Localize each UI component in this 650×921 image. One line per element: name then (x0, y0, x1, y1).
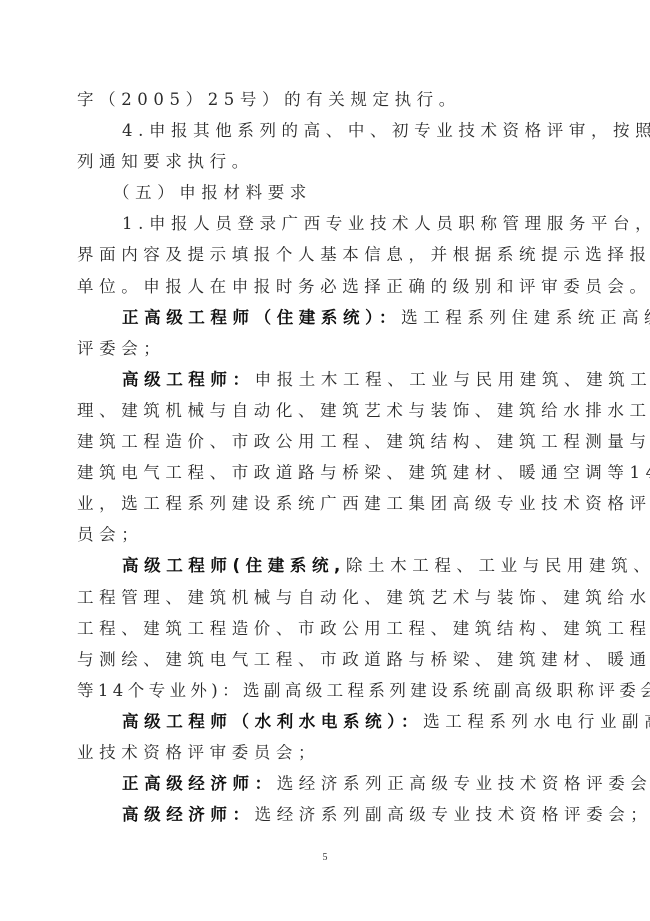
line-text: 员会； (77, 525, 143, 544)
paragraph-line: 高级经济师：选经济系列副高级专业技术资格评委会； (77, 799, 577, 830)
paragraph-line: 工程管理、建筑机械与自动化、建筑艺术与装饰、建筑给水排水 (77, 582, 577, 613)
paragraph-line: 建筑电气工程、市政道路与桥梁、建筑建材、暖通空调等14个专 (77, 457, 577, 488)
paragraph-line: 高级工程师（水利水电系统）：选工程系列水电行业副高级专 (77, 706, 577, 737)
paragraph-line: 业，选工程系列建设系统广西建工集团高级专业技术资格评审委 (77, 488, 577, 519)
document-page: 字（2005）25号）的有关规定执行。 4.申报其他系列的高、中、初专业技术资格… (77, 84, 577, 830)
line-text: 除土木工程、工业与民用建筑、建筑 (346, 556, 650, 575)
line-text: 工程、建筑工程造价、市政公用工程、建筑结构、建筑工程测量 (77, 619, 650, 638)
paragraph-line: 理、建筑机械与自动化、建筑艺术与装饰、建筑给水排水工程、 (77, 395, 577, 426)
paragraph-line: 业技术资格评审委员会； (77, 737, 577, 768)
paragraph-line: 4.申报其他系列的高、中、初专业技术资格评审，按照各系 (77, 115, 577, 146)
line-text: 建筑工程造价、市政公用工程、建筑结构、建筑工程测量与测绘、 (77, 432, 650, 451)
paragraph-line: 建筑工程造价、市政公用工程、建筑结构、建筑工程测量与测绘、 (77, 426, 577, 457)
line-text: 1.申报人员登录广西专业技术人员职称管理服务平台，根据 (122, 214, 650, 233)
bold-term: 高级工程师（水利水电系统）： (122, 712, 423, 731)
bold-term: 高级工程师： (122, 370, 255, 389)
bold-term: 高级经济师： (122, 805, 255, 824)
paragraph-line: 工程、建筑工程造价、市政公用工程、建筑结构、建筑工程测量 (77, 613, 577, 644)
paragraph-line: 字（2005）25号）的有关规定执行。 (77, 84, 577, 115)
paragraph-line: 与测绘、建筑电气工程、市政道路与桥梁、建筑建材、暖通空调 (77, 644, 577, 675)
line-text: 工程管理、建筑机械与自动化、建筑艺术与装饰、建筑给水排水 (77, 588, 650, 607)
paragraph-line: 1.申报人员登录广西专业技术人员职称管理服务平台，根据 (77, 208, 577, 239)
line-text: 业技术资格评审委员会； (77, 743, 320, 762)
page-number: 5 (0, 852, 650, 863)
paragraph-line: 界面内容及提示填报个人基本信息，并根据系统提示选择报送本 (77, 239, 577, 270)
line-text: 与测绘、建筑电气工程、市政道路与桥梁、建筑建材、暖通空调 (77, 650, 650, 669)
line-text: 界面内容及提示填报个人基本信息，并根据系统提示选择报送本 (77, 245, 650, 264)
paragraph-line: 正高级经济师：选经济系列正高级专业技术资格评委会； (77, 768, 577, 799)
line-text: 评委会； (77, 339, 165, 358)
line-text: 选工程系列住建系统正高级职称 (401, 308, 650, 327)
line-text: 字（2005）25号）的有关规定执行。 (77, 90, 461, 109)
bold-term: 高级工程师(住建系统, (122, 556, 346, 575)
line-text: 建筑电气工程、市政道路与桥梁、建筑建材、暖通空调等14个专 (77, 463, 650, 482)
bold-term: 正高级工程师（住建系统）： (122, 308, 401, 327)
section-heading-text: （五）申报材料要求 (113, 183, 312, 202)
line-text: 选经济系列副高级专业技术资格评委会； (255, 805, 650, 824)
paragraph-line: 等14个专业外)：选副高级工程系列建设系统副高级职称评委会； (77, 675, 577, 706)
paragraph-line: 高级工程师：申报土木工程、工业与民用建筑、建筑工程管 (77, 364, 577, 395)
line-text: 列通知要求执行。 (77, 152, 254, 171)
line-text: 4.申报其他系列的高、中、初专业技术资格评审，按照各系 (122, 121, 650, 140)
paragraph-line: 高级工程师(住建系统,除土木工程、工业与民用建筑、建筑 (77, 550, 577, 581)
section-heading: （五）申报材料要求 (77, 177, 577, 208)
paragraph-line: 列通知要求执行。 (77, 146, 577, 177)
line-text: 单位。申报人在申报时务必选择正确的级别和评审委员会。 (77, 277, 650, 296)
paragraph-line: 评委会； (77, 333, 577, 364)
line-text: 选经济系列正高级专业技术资格评委会； (277, 774, 650, 793)
bold-term: 正高级经济师： (122, 774, 277, 793)
line-text: 等14个专业外)：选副高级工程系列建设系统副高级职称评委会； (77, 681, 650, 700)
paragraph-line: 单位。申报人在申报时务必选择正确的级别和评审委员会。 (77, 271, 577, 302)
line-text: 申报土木工程、工业与民用建筑、建筑工程管 (255, 370, 650, 389)
line-text: 选工程系列水电行业副高级专 (423, 712, 650, 731)
line-text: 业，选工程系列建设系统广西建工集团高级专业技术资格评审委 (77, 494, 650, 513)
paragraph-line: 正高级工程师（住建系统）：选工程系列住建系统正高级职称 (77, 302, 577, 333)
line-text: 理、建筑机械与自动化、建筑艺术与装饰、建筑给水排水工程、 (77, 401, 650, 420)
paragraph-line: 员会； (77, 519, 577, 550)
